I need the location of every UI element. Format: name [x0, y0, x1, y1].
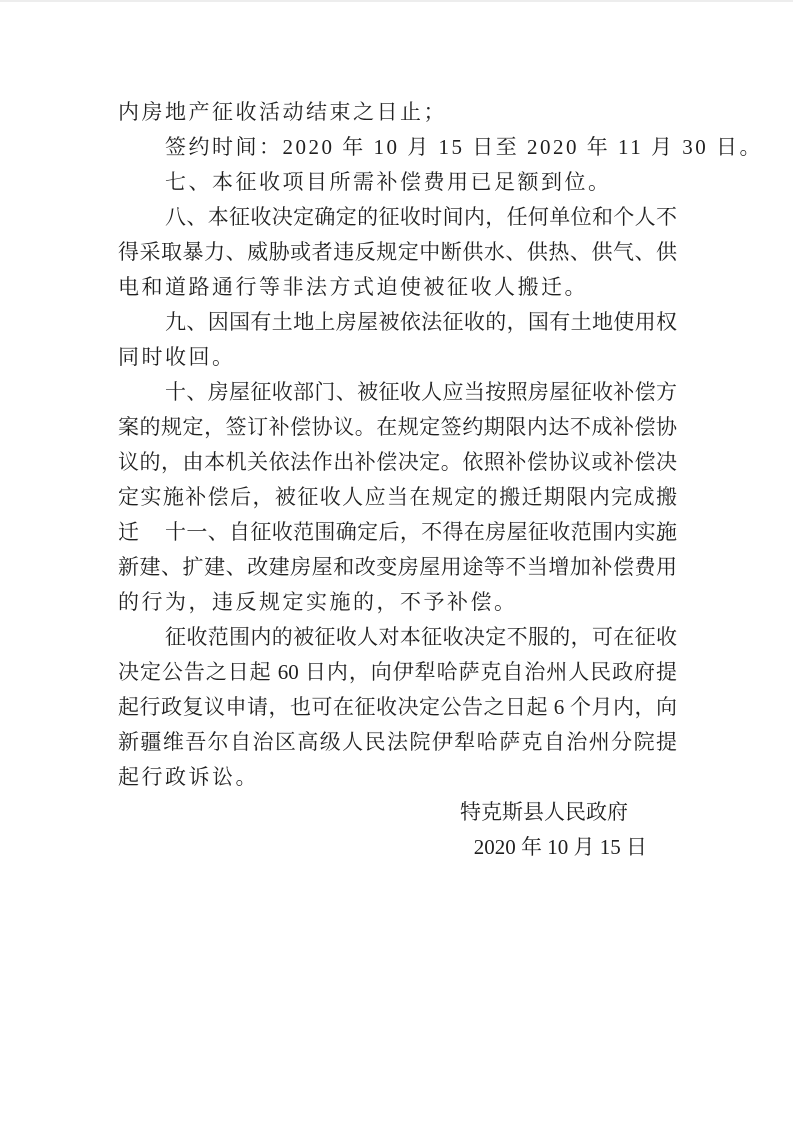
document-line: 得采取暴力、威胁或者违反规定中断供水、供热、供气、供: [118, 235, 677, 270]
document-line: 起行政复议申请，也可在征收决定公告之日起 6 个月内，向: [118, 690, 677, 725]
document-line: 定实施补偿后，被征收人应当在规定的搬迁期限内完成搬迁。: [118, 480, 677, 515]
document-line: 案的规定，签订补偿协议。在规定签约期限内达不成补偿协: [118, 410, 677, 445]
document-line: 起行政诉讼。: [118, 760, 677, 795]
document-line: 七、本征收项目所需补偿费用已足额到位。: [118, 165, 677, 200]
document-line: 新建、扩建、改建房屋和改变房屋用途等不当增加补偿费用: [118, 550, 677, 585]
document-line: 同时收回。: [118, 340, 677, 375]
document-body: 内房地产征收活动结束之日止； 签约时间：2020 年 10 月 15 日至 20…: [0, 2, 793, 865]
document-line: 八、本征收决定确定的征收时间内，任何单位和个人不: [118, 200, 677, 235]
document-line: 签约时间：2020 年 10 月 15 日至 2020 年 11 月 30 日。: [118, 130, 677, 165]
document-line: 十、房屋征收部门、被征收人应当按照房屋征收补偿方: [118, 375, 677, 410]
document-line: 的行为，违反规定实施的，不予补偿。: [118, 585, 677, 620]
document-line: 议的，由本机关依法作出补偿决定。依照补偿协议或补偿决: [118, 445, 677, 480]
signature-date: 2020 年 10 月 15 日: [118, 830, 677, 865]
document-line: 电和道路通行等非法方式迫使被征收人搬迁。: [118, 270, 677, 305]
document-line: 内房地产征收活动结束之日止；: [118, 95, 677, 130]
document-page: 内房地产征收活动结束之日止； 签约时间：2020 年 10 月 15 日至 20…: [0, 0, 793, 1122]
document-line: 九、因国有土地上房屋被依法征收的，国有土地使用权: [118, 305, 677, 340]
document-line: 决定公告之日起 60 日内，向伊犁哈萨克自治州人民政府提: [118, 655, 677, 690]
document-line: 征收范围内的被征收人对本征收决定不服的，可在征收: [118, 620, 677, 655]
document-line: 十一、自征收范围确定后，不得在房屋征收范围内实施: [118, 515, 677, 550]
document-line: 新疆维吾尔自治区高级人民法院伊犁哈萨克自治州分院提: [118, 725, 677, 760]
signature-name: 特克斯县人民政府: [118, 795, 677, 830]
